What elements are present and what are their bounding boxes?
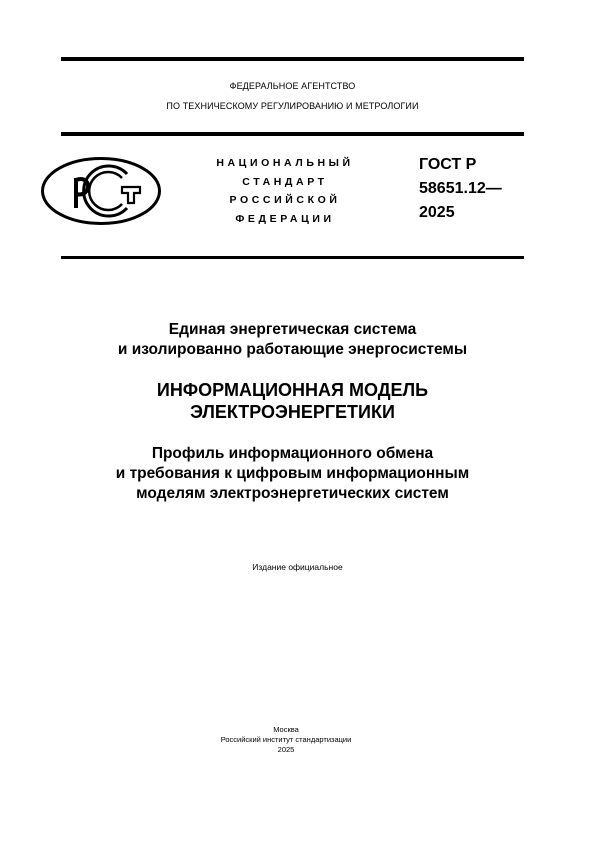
standard-designation: ГОСТ Р 58651.12— 2025 — [419, 153, 502, 225]
designation-line3: 2025 — [419, 201, 502, 225]
main-title-line: ЭЛЕКТРОЭНЕРГЕТИКИ — [40, 401, 545, 423]
standard-type-line: ФЕДЕРАЦИИ — [200, 210, 370, 229]
imprint-publisher: Российский институт стандартизации — [0, 735, 572, 745]
standard-type-line: РОССИЙСКОЙ — [200, 191, 370, 210]
standard-type-line: НАЦИОНАЛЬНЫЙ — [200, 154, 370, 173]
part-title-line: моделям электроэнергетических систем — [40, 484, 545, 504]
top-rule — [61, 57, 524, 61]
standard-type-line: СТАНДАРТ — [200, 173, 370, 192]
imprint-city: Москва — [0, 725, 572, 735]
main-title-line: ИНФОРМАЦИОННАЯ МОДЕЛЬ — [40, 379, 545, 401]
title-block-rule — [61, 256, 524, 259]
subtitle-line: и изолированно работающие энергосистемы — [40, 340, 545, 360]
agency-name-line2: ПО ТЕХНИЧЕСКОМУ РЕГУЛИРОВАНИЮ И МЕТРОЛОГ… — [61, 101, 524, 111]
designation-line2: 58651.12— — [419, 177, 502, 201]
subtitle-line: Единая энергетическая система — [40, 320, 545, 340]
gost-r-certification-mark-icon — [40, 156, 162, 226]
part-title-line: Профиль информационного обмена — [40, 444, 545, 464]
part-title-line: и требования к цифровым информационным — [40, 464, 545, 484]
agency-name-line1: ФЕДЕРАЛЬНОЕ АГЕНТСТВО — [61, 81, 524, 91]
header-rule — [61, 132, 524, 136]
designation-line1: ГОСТ Р — [419, 153, 502, 177]
standard-type-label: НАЦИОНАЛЬНЫЙ СТАНДАРТ РОССИЙСКОЙ ФЕДЕРАЦ… — [200, 154, 370, 228]
document-main-title: ИНФОРМАЦИОННАЯ МОДЕЛЬ ЭЛЕКТРОЭНЕРГЕТИКИ — [40, 379, 545, 423]
document-part-title: Профиль информационного обмена и требова… — [40, 444, 545, 504]
imprint: Москва Российский институт стандартизаци… — [0, 725, 572, 755]
document-subtitle: Единая энергетическая система и изолиров… — [40, 320, 545, 360]
edition-label: Издание официальное — [0, 562, 595, 572]
imprint-year: 2025 — [0, 745, 572, 755]
